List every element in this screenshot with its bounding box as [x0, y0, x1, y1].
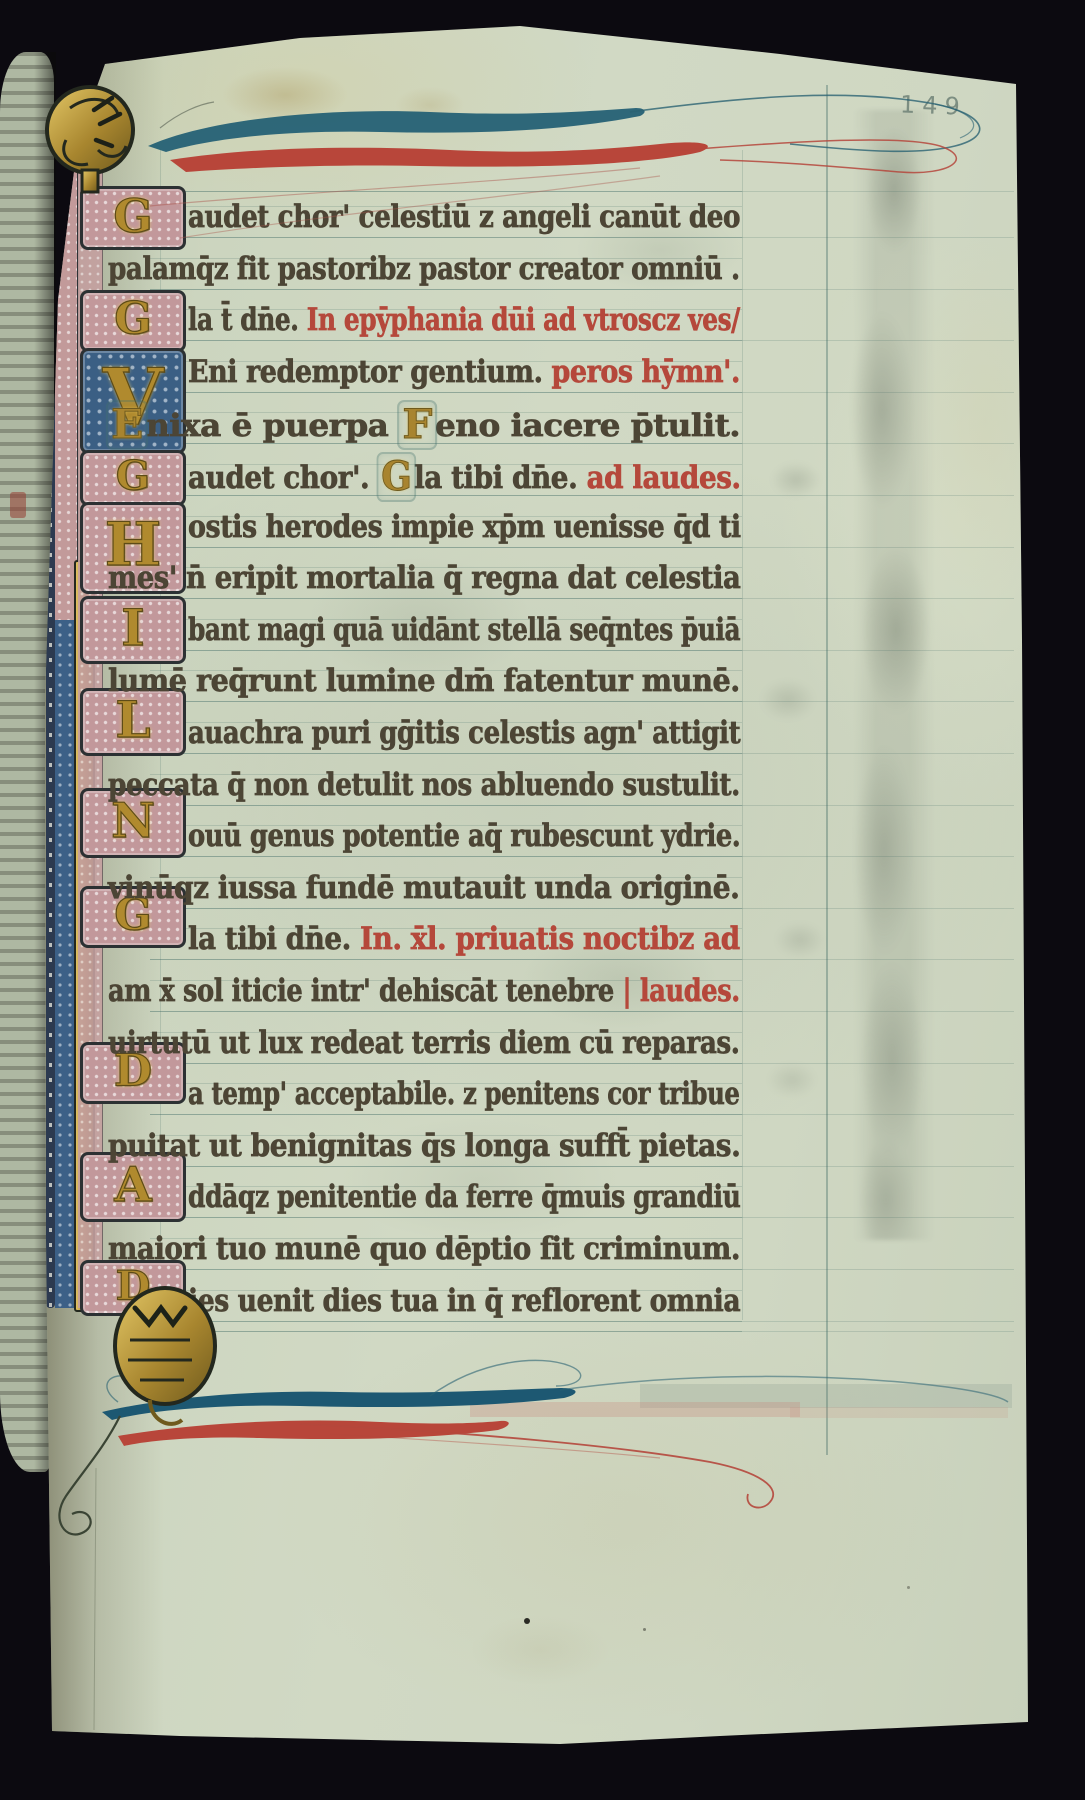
text-line: ostis herodes impie xp̄m uenisse q̄d ti — [188, 504, 741, 550]
text-line: lumē req̄runt lumine dm̄ fatentur munē. — [108, 658, 740, 704]
ruled-line — [150, 1331, 742, 1332]
ruled-line — [742, 1063, 1014, 1064]
text-line: maiori tuo munē quo dēptio fit criminum. — [108, 1226, 740, 1272]
text-segment: eno iacere p̄tulit. — [435, 408, 740, 444]
ruled-line — [742, 1011, 1014, 1012]
ink-speck — [907, 1586, 910, 1589]
margin-initial-cell: G — [80, 290, 186, 352]
ruled-line — [150, 191, 742, 192]
text-segment: bant magi quā uidānt stellā seq̄ntes p̄u… — [188, 612, 740, 648]
text-segment: maiori tuo munē quo dēptio fit criminum. — [108, 1231, 740, 1267]
text-line: auachra puri gḡitis celestis agn' attigi… — [188, 710, 740, 756]
gold-initial-inline: F — [399, 402, 435, 448]
ruled-line — [742, 1269, 1014, 1270]
ruled-line — [742, 340, 1014, 341]
ruled-line — [742, 237, 1014, 238]
ruled-line — [742, 547, 1014, 548]
ruled-line — [742, 1166, 1014, 1167]
rubric-segment: | laudes. — [622, 973, 739, 1009]
text-segment: audet chor'. — [188, 460, 379, 496]
text-segment: audet chor' celestiū z angeli canūt deo — [188, 199, 740, 235]
text-segment: auachra puri gḡitis celestis agn' attigi… — [188, 715, 740, 751]
gold-initial-inline: G — [379, 454, 415, 500]
text-segment: ddāqz penitentie da ferre q̄muis grandiū — [188, 1179, 740, 1215]
ruled-line — [742, 856, 1014, 857]
text-line: audet chor' celestiū z angeli canūt deo — [188, 194, 740, 240]
margin-initial-cell: G — [80, 186, 186, 250]
text-line: vinūqz iussa fundē mutauit unda originē. — [108, 865, 739, 911]
ink-dot — [524, 1618, 530, 1624]
margin-initial-letter: I — [121, 598, 144, 657]
text-line: la tibi dn̄e. In. x̄l. priuatis noctibz … — [188, 916, 740, 962]
text-segment: la tibi dn̄e. — [188, 921, 360, 957]
text-segment: Eni redemptor gentium. — [188, 354, 551, 390]
ruled-line — [742, 1114, 1014, 1115]
text-line: bant magi quā uidānt stellā seq̄ntes p̄u… — [188, 607, 740, 653]
rubric-segment: In epȳphania dūi ad vtroscz ves/ — [307, 302, 740, 338]
text-line: audet chor'. Gla tibi dn̄e. ad laudes. — [188, 452, 741, 501]
text-line: ouū genus potentie aq̄ rubescunt ydrie. — [188, 813, 740, 859]
gold-initial-inline: E — [108, 402, 146, 448]
ruled-line — [742, 805, 1014, 806]
ruled-line — [742, 598, 1014, 599]
text-segment: lumē req̄runt lumine dm̄ fatentur munē. — [108, 663, 740, 699]
ruled-line — [742, 753, 1014, 754]
text-line: puitat ut benignitas q̄s longa sufft̄ pi… — [108, 1123, 740, 1169]
text-line: palamq̄z fit pastoribz pastor creator om… — [108, 246, 740, 292]
folio-number: 149 — [900, 90, 991, 121]
text-segment: uirtutū ut lux redeat terris diem cū rep… — [108, 1025, 740, 1061]
text-line: Enixa ē puerpa Feno iacere p̄tulit. — [108, 400, 740, 449]
ruled-line — [742, 701, 1014, 702]
ruled-line — [742, 191, 1014, 192]
offset-smudge-strip — [834, 110, 950, 1240]
text-line: la t̄ dn̄e. In epȳphania dūi ad vtroscz … — [188, 297, 740, 343]
text-line: peccata q̄ non detulit nos abluendo sust… — [108, 762, 740, 808]
ink-speck — [643, 1628, 646, 1631]
text-segment: ouū genus potentie aq̄ rubescunt ydrie. — [188, 818, 740, 854]
text-segment: a temp' acceptabile. z penitens cor trib… — [188, 1076, 740, 1112]
text-line: mes' n̄ eripit mortalia q̄ regna dat cel… — [108, 555, 740, 601]
ruled-line-vertical — [826, 85, 828, 1455]
text-segment: am x̄ sol iticie intr' dehiscāt tenebre — [108, 973, 622, 1009]
ruled-line — [742, 1321, 1014, 1322]
text-segment: ies uenit dies tua in q̄ reflorent omnia — [188, 1283, 740, 1319]
text-line: ies uenit dies tua in q̄ reflorent omnia — [188, 1278, 740, 1324]
rubric-segment: peros hȳmn'. — [551, 354, 739, 390]
text-line: uirtutū ut lux redeat terris diem cū rep… — [108, 1020, 740, 1066]
margin-initial-letter: G — [113, 189, 152, 243]
ruled-line — [742, 443, 1014, 444]
ruled-line-vertical — [742, 150, 743, 1320]
text-segment: la t̄ dn̄e. — [188, 302, 307, 338]
text-segment: palamq̄z fit pastoribz pastor creator om… — [108, 251, 740, 287]
ruled-line — [742, 392, 1014, 393]
text-segment: mes' n̄ eripit mortalia q̄ regna dat cel… — [108, 560, 740, 596]
show-through-marks — [748, 420, 838, 1140]
rubric-segment: ad laudes. — [587, 460, 741, 496]
text-segment: puitat ut benignitas q̄s longa sufft̄ pi… — [108, 1128, 740, 1164]
margin-initial-cell: G — [80, 450, 186, 506]
rubric-segment: In. x̄l. priuatis noctibz ad — [360, 921, 740, 957]
margin-initial-letter: G — [116, 453, 150, 500]
ruled-line — [742, 1331, 1014, 1332]
ruled-line — [742, 650, 1014, 651]
text-line: ddāqz penitentie da ferre q̄muis grandiū — [188, 1174, 740, 1220]
manuscript-photo: GGVGHILNGDAD audet chor' celestiū z ange… — [0, 0, 1085, 1800]
ruled-line — [742, 1217, 1014, 1218]
text-segment: vinūqz iussa fundē mutauit unda originē. — [108, 870, 739, 906]
text-line: Eni redemptor gentium. peros hȳmn'. — [188, 349, 740, 395]
ruled-line — [742, 908, 1014, 909]
text-segment: ostis herodes impie xp̄m uenisse q̄d ti — [188, 509, 741, 545]
margin-initial-letter: G — [114, 293, 152, 344]
ruled-line — [742, 495, 1014, 496]
ruled-line — [742, 959, 1014, 960]
text-line: am x̄ sol iticie intr' dehiscāt tenebre … — [108, 968, 740, 1014]
margin-initial-cell: I — [80, 596, 186, 664]
band-rose-edge — [55, 148, 79, 620]
text-segment: nixa ē puerpa — [146, 408, 399, 444]
text-segment: la tibi dn̄e. — [414, 460, 586, 496]
parchment-page: GGVGHILNGDAD audet chor' celestiū z ange… — [0, 0, 1085, 1800]
text-segment: peccata q̄ non detulit nos abluendo sust… — [108, 767, 740, 803]
text-line: a temp' acceptabile. z penitens cor trib… — [188, 1071, 740, 1117]
ruled-line — [742, 289, 1014, 290]
